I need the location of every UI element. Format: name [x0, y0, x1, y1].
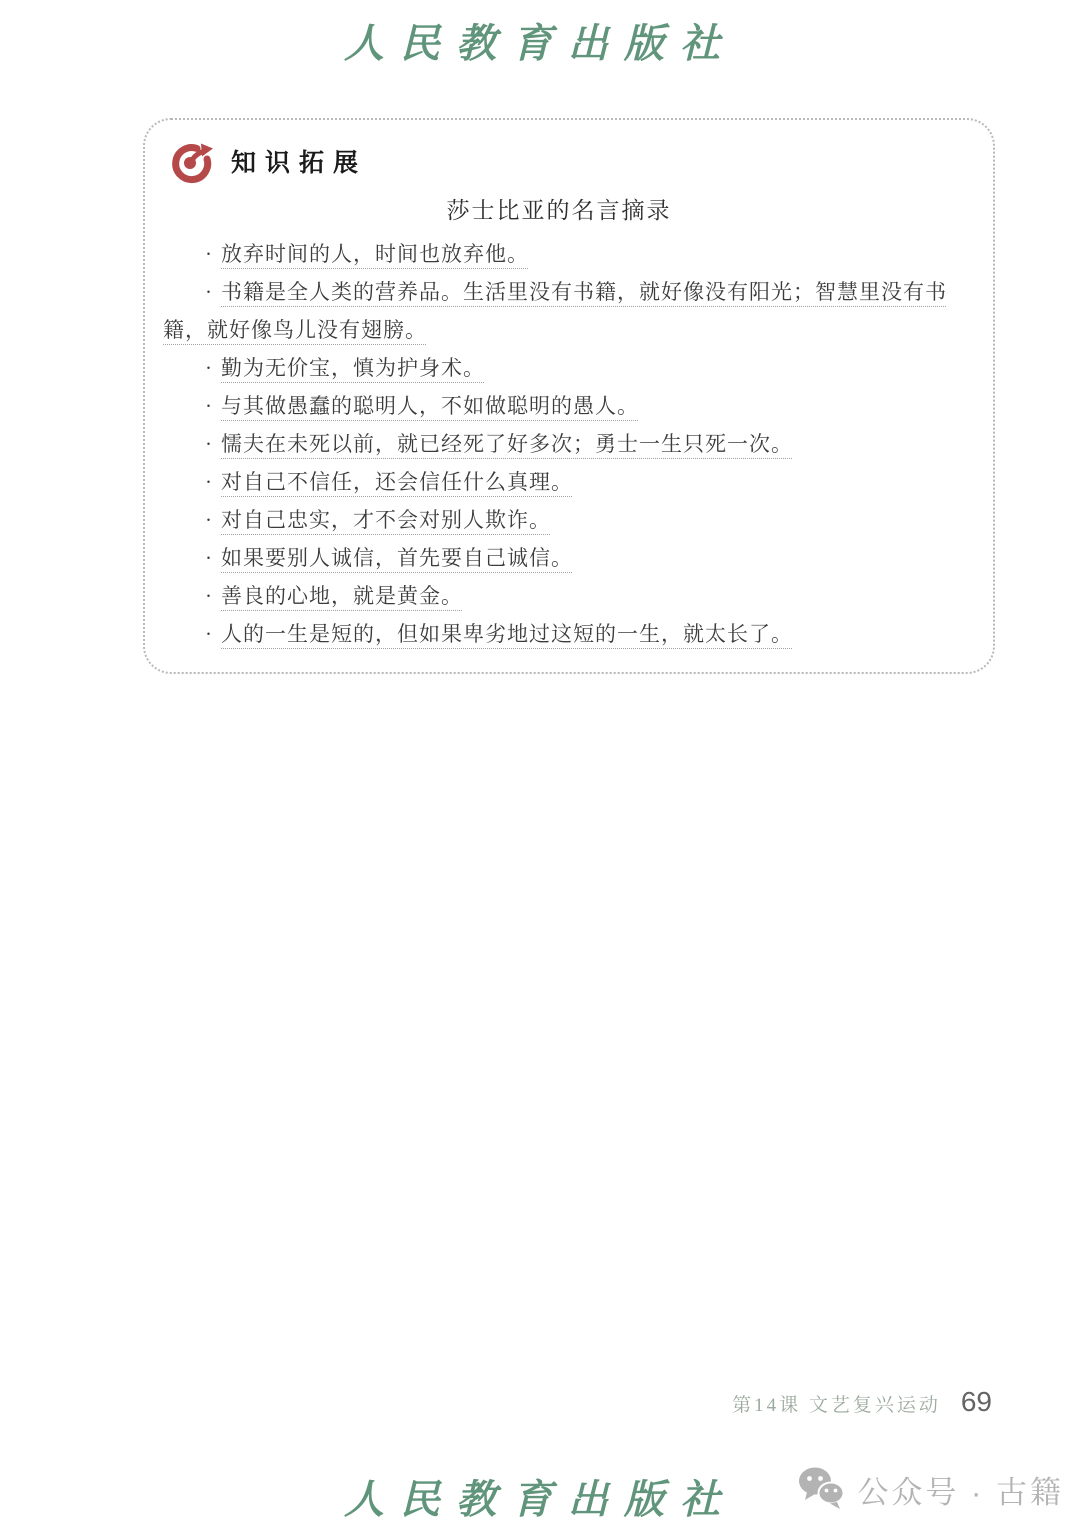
quote-item: ·与其做愚蠢的聪明人，不如做聪明的愚人。 [163, 387, 955, 425]
quote-text: 人的一生是短的，但如果卑劣地过这短的一生，就太长了。 [221, 622, 793, 646]
quote-text: 懦夫在未死以前，就已经死了好多次；勇士一生只死一次。 [221, 432, 793, 456]
publisher-logo-top: 人民教育出版社 [0, 12, 1080, 69]
quote-item: ·书籍是全人类的营养品。生活里没有书籍，就好像没有阳光；智慧里没有书籍，就好像鸟… [163, 273, 955, 349]
quote-text: 勤为无价宝，慎为护身术。 [221, 356, 485, 380]
quote-item: ·人的一生是短的，但如果卑劣地过这短的一生，就太长了。 [163, 615, 955, 653]
wechat-watermark: 公众号 · 古籍 [797, 1466, 1064, 1512]
wechat-icon [797, 1466, 847, 1512]
page-footer: 第14课 文艺复兴运动 69 [732, 1386, 992, 1418]
quote-text: 对自己不信任，还会信任什么真理。 [221, 470, 573, 494]
bullet-marker: · [205, 508, 213, 532]
bullet-marker: · [205, 546, 213, 570]
quote-text: 与其做愚蠢的聪明人，不如做聪明的愚人。 [221, 394, 639, 418]
quote-item: ·放弃时间的人，时间也放弃他。 [163, 235, 955, 273]
knowledge-box-header: 知识拓展 [165, 130, 955, 192]
knowledge-box-heading: 知识拓展 [231, 143, 367, 179]
quote-text: 如果要别人诚信，首先要自己诚信。 [221, 546, 573, 570]
bullet-marker: · [205, 470, 213, 494]
quotes-title: 莎士比亚的名言摘录 [163, 192, 955, 225]
quote-item: ·勤为无价宝，慎为护身术。 [163, 349, 955, 387]
knowledge-expansion-box: 知识拓展 莎士比亚的名言摘录 ·放弃时间的人，时间也放弃他。·书籍是全人类的营养… [143, 118, 995, 674]
quote-text: 书籍是全人类的营养品。生活里没有书籍，就好像没有阳光；智慧里没有书籍，就好像鸟儿… [163, 280, 947, 342]
quote-item: ·善良的心地，就是黄金。 [163, 577, 955, 615]
bullet-marker: · [205, 622, 213, 646]
quote-text: 放弃时间的人，时间也放弃他。 [221, 242, 529, 266]
bullet-marker: · [205, 242, 213, 266]
bullet-marker: · [205, 356, 213, 380]
circular-arrow-target-icon [165, 135, 217, 187]
quote-item: ·对自己忠实，才不会对别人欺诈。 [163, 501, 955, 539]
bullet-marker: · [205, 584, 213, 608]
quote-text: 对自己忠实，才不会对别人欺诈。 [221, 508, 551, 532]
page-number: 69 [961, 1386, 992, 1418]
quote-item: ·如果要别人诚信，首先要自己诚信。 [163, 539, 955, 577]
lesson-label: 第14课 文艺复兴运动 [732, 1390, 941, 1417]
watermark-text: 公众号 · 古籍 [857, 1467, 1064, 1512]
quote-text: 善良的心地，就是黄金。 [221, 584, 463, 608]
quote-list: ·放弃时间的人，时间也放弃他。·书籍是全人类的营养品。生活里没有书籍，就好像没有… [163, 235, 955, 653]
quote-item: ·懦夫在未死以前，就已经死了好多次；勇士一生只死一次。 [163, 425, 955, 463]
quote-item: ·对自己不信任，还会信任什么真理。 [163, 463, 955, 501]
bullet-marker: · [205, 432, 213, 456]
bullet-marker: · [205, 280, 213, 304]
bullet-marker: · [205, 394, 213, 418]
